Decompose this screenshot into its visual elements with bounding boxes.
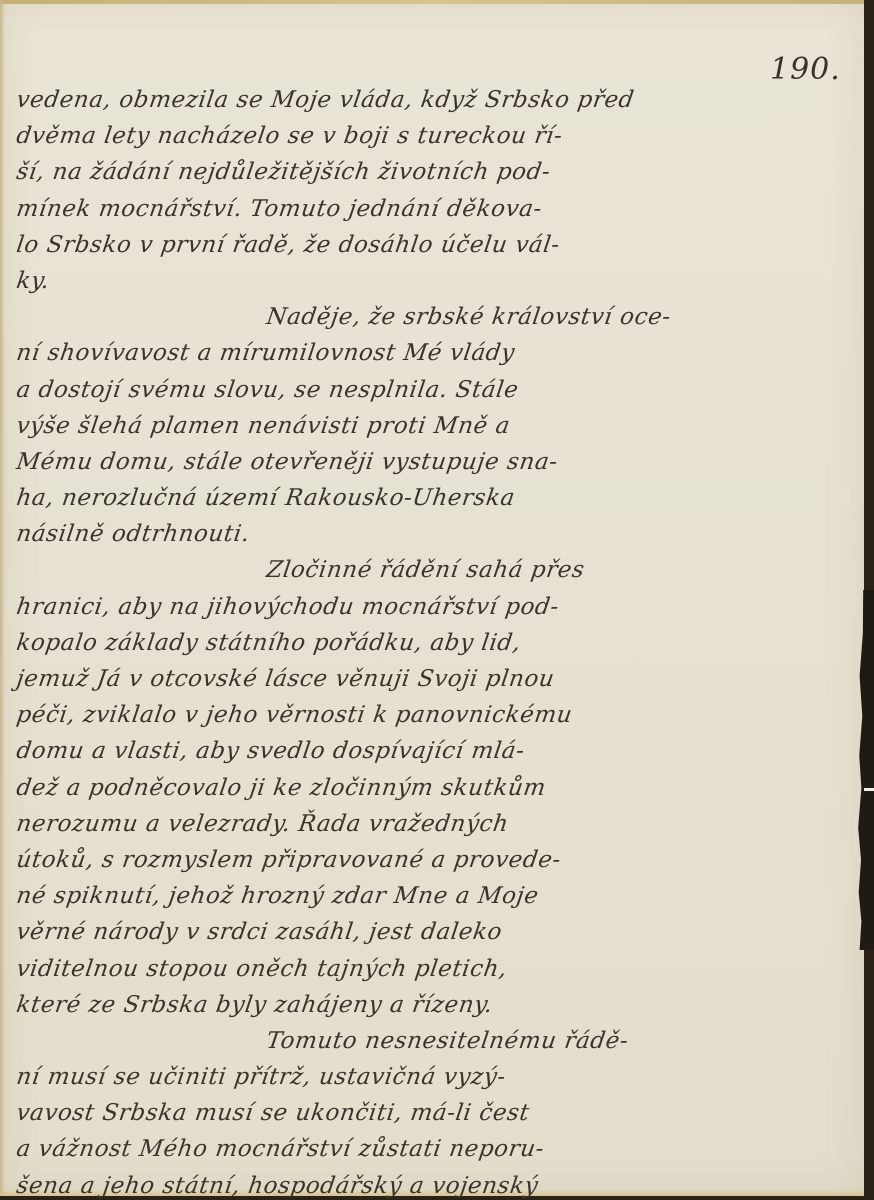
manuscript-page: 190. vedena, obmezila se Moje vláda, kdy… — [0, 0, 864, 1196]
handwritten-text-block: vedena, obmezila se Moje vláda, když Srb… — [14, 82, 714, 1200]
text-line-content: vavost Srbska musí se ukončiti, má-li če… — [14, 1095, 532, 1131]
text-line: lo Srbsko v první řadě, že dosáhlo účelu… — [14, 227, 719, 263]
text-line: ha, nerozlučná území Rakousko-Uherska — [14, 480, 719, 516]
text-line-content: a vážnost Mého mocnářství zůstati neporu… — [14, 1131, 547, 1167]
text-line: viditelnou stopou oněch tajných pletich, — [14, 951, 719, 987]
text-line: vavost Srbska musí se ukončiti, má-li če… — [14, 1095, 719, 1131]
text-line-content: násilně odtrhnouti. — [14, 516, 252, 552]
text-line-content: mínek mocnářství. Tomuto jednání děkova- — [14, 191, 545, 227]
page-number: 190. — [770, 52, 841, 87]
text-line-content: a dostojí svému slovu, se nesplnila. Stá… — [14, 372, 521, 408]
text-line-content: ní musí se učiniti přítrž, ustavičná vyz… — [14, 1059, 508, 1095]
text-line: ky. — [14, 263, 719, 299]
text-line-content: Mému domu, stále otevřeněji vystupuje sn… — [14, 444, 560, 480]
text-line: kopalo základy státního pořádku, aby lid… — [14, 625, 719, 661]
text-line: věrné národy v srdci zasáhl, jest daleko — [14, 914, 719, 950]
text-line: a dostojí svému slovu, se nesplnila. Stá… — [14, 372, 719, 408]
text-line-content: ší, na žádání nejdůležitějších životních… — [14, 154, 553, 190]
text-line-content: výše šlehá plamen nenávisti proti Mně a — [14, 408, 513, 444]
text-line-content: né spiknutí, jehož hrozný zdar Mne a Moj… — [14, 878, 541, 914]
text-line: hranici, aby na jihovýchodu mocnářství p… — [14, 589, 719, 625]
background-slit — [864, 788, 874, 791]
text-line: dvěma lety nacházelo se v boji s turecko… — [14, 118, 719, 154]
text-line: domu a vlasti, aby svedlo dospívající ml… — [14, 733, 719, 769]
text-line-content: jemuž Já v otcovské lásce věnuji Svoji p… — [14, 661, 557, 697]
text-line-content: kopalo základy státního pořádku, aby lid… — [14, 625, 523, 661]
text-line-content: dež a podněcovalo ji ke zločinným skutků… — [14, 770, 548, 806]
text-line-content: šena a jeho státní, hospodářský a vojens… — [14, 1168, 541, 1200]
text-line: ší, na žádání nejdůležitějších životních… — [14, 154, 719, 190]
text-line-content: Naděje, že srbské království oce- — [264, 299, 673, 335]
text-line: ní shovívavost a mírumilovnost Mé vlády — [14, 335, 719, 371]
text-line-content: nerozumu a velezrady. Řada vražedných — [14, 806, 511, 842]
text-line: Naděje, že srbské království oce- — [14, 299, 719, 335]
text-line-content: lo Srbsko v první řadě, že dosáhlo účelu… — [14, 227, 562, 263]
page-top-edge — [0, 0, 864, 4]
text-line: a vážnost Mého mocnářství zůstati neporu… — [14, 1131, 719, 1167]
text-line: útoků, s rozmyslem připravované a proved… — [14, 842, 719, 878]
text-line-content: péči, zviklalo v jeho věrnosti k panovni… — [14, 697, 575, 733]
page-left-edge — [0, 0, 5, 1196]
text-line-content: domu a vlasti, aby svedlo dospívající ml… — [14, 733, 527, 769]
document-scan: 190. vedena, obmezila se Moje vláda, kdy… — [0, 0, 874, 1200]
text-line-content: Zločinné řádění sahá přes — [264, 552, 587, 588]
text-line: né spiknutí, jehož hrozný zdar Mne a Moj… — [14, 878, 719, 914]
text-line-content: ní shovívavost a mírumilovnost Mé vlády — [14, 335, 517, 371]
text-line: péči, zviklalo v jeho věrnosti k panovni… — [14, 697, 719, 733]
text-line: ní musí se učiniti přítrž, ustavičná vyz… — [14, 1059, 719, 1095]
text-line: jemuž Já v otcovské lásce věnuji Svoji p… — [14, 661, 719, 697]
text-line: nerozumu a velezrady. Řada vražedných — [14, 806, 719, 842]
text-line-content: hranici, aby na jihovýchodu mocnářství p… — [14, 589, 561, 625]
text-line-content: ha, nerozlučná území Rakousko-Uherska — [14, 480, 517, 516]
text-line: násilně odtrhnouti. — [14, 516, 719, 552]
text-line-content: ky. — [14, 263, 52, 299]
text-line-content: dvěma lety nacházelo se v boji s turecko… — [14, 118, 565, 154]
text-line: Mému domu, stále otevřeněji vystupuje sn… — [14, 444, 719, 480]
text-line: Tomuto nesnesitelnému řádě- — [14, 1023, 719, 1059]
text-line-content: viditelnou stopou oněch tajných pletich, — [14, 951, 510, 987]
text-line: vedena, obmezila se Moje vláda, když Srb… — [14, 82, 719, 118]
text-line: výše šlehá plamen nenávisti proti Mně a — [14, 408, 719, 444]
text-line-content: vedena, obmezila se Moje vláda, když Srb… — [14, 82, 637, 118]
text-line-content: které ze Srbska byly zahájeny a řízeny. — [14, 987, 495, 1023]
text-line-content: Tomuto nesnesitelnému řádě- — [264, 1023, 631, 1059]
text-line-content: věrné národy v srdci zasáhl, jest daleko — [14, 914, 505, 950]
text-line: mínek mocnářství. Tomuto jednání děkova- — [14, 191, 719, 227]
text-line: dež a podněcovalo ji ke zločinným skutků… — [14, 770, 719, 806]
text-line: Zločinné řádění sahá přes — [14, 552, 719, 588]
text-line: které ze Srbska byly zahájeny a řízeny. — [14, 987, 719, 1023]
text-line: šena a jeho státní, hospodářský a vojens… — [14, 1168, 719, 1200]
text-line-content: útoků, s rozmyslem připravované a proved… — [14, 842, 563, 878]
